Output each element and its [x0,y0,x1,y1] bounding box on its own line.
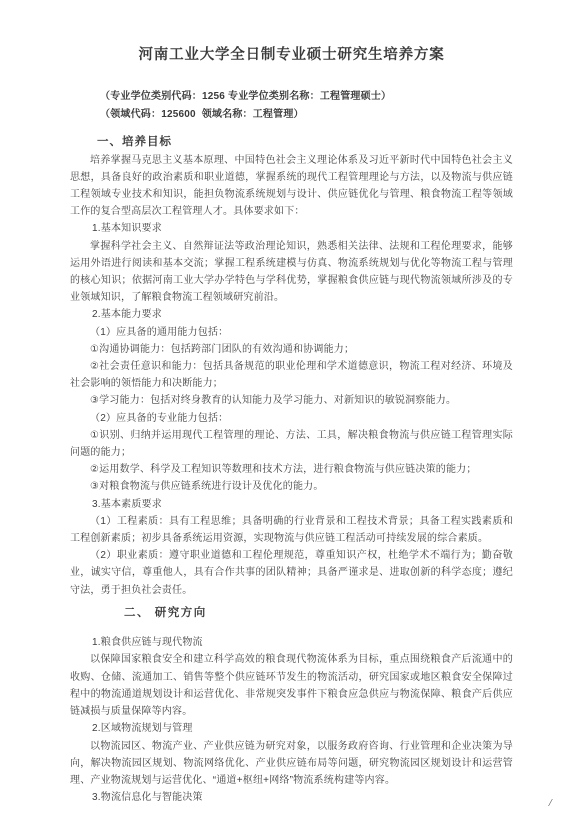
list-item-apply-management-theory: ①识别、归纳并运用现代工程管理的理论、方法、工具，解决粮食物流与供应链工程管理实… [70,427,513,461]
document-page: 河南工业大学全日制专业硕士研究生培养方案 （专业学位类别代码：1256 专业学位… [0,0,583,826]
paragraph-basic-knowledge: 掌握科学社会主义、自然辩证法等政治理论知识，熟悉相关法律、法规和工程伦理要求，能… [70,238,513,307]
page-number-marker: / [549,795,552,812]
list-item-system-design-optimization: ③对粮食物流与供应链系统进行设计及优化的能力。 [70,478,513,495]
meta-line-degree-category: （专业学位类别代码：1256 专业学位类别名称：工程管理硕士） [100,88,513,106]
sub-heading-basic-knowledge: 1.基本知识要求 [70,220,513,237]
sub-heading-basic-quality: 3.基本素质要求 [70,496,513,513]
list-item-communication: ①沟通协调能力：包括跨部门团队的有效沟通和协调能力； [70,341,513,358]
sub-heading-regional-logistics: 2.区域物流规划与管理 [70,720,513,737]
list-item-general-ability-intro: （1）应具备的通用能力包括： [70,324,513,341]
list-item-social-responsibility: ②社会责任意识和能力：包括具备规范的职业伦理和学术道德意识，物流工程对经济、环境… [70,358,513,392]
sub-heading-grain-supply-chain: 1.粮食供应链与现代物流 [70,634,513,651]
section-heading-research-directions: 二、 研究方向 [70,605,513,622]
paragraph-engineering-quality: （1）工程素质：具有工程思维；具备明确的行业背景和工程技术背景；具备工程实践素质… [70,513,513,547]
paragraph-objectives-intro: 培养掌握马克思主义基本原理、中国特色社会主义理论体系及习近平新时代中国特色社会主… [70,152,513,221]
list-item-math-science-methods: ②运用数学、科学及工程知识等数理和技术方法，进行粮食物流与供应链决策的能力； [70,461,513,478]
paragraph-grain-supply-chain: 以保障国家粮食安全和建立科学高效的粮食现代物流体系为目标，重点围绕粮食产后流通中… [70,651,513,720]
paragraph-professional-quality: （2）职业素质：遵守职业道德和工程伦理规范，尊重知识产权，杜绝学术不端行为；勤奋… [70,547,513,599]
sub-heading-basic-ability: 2.基本能力要求 [70,306,513,323]
list-item-learning-ability: ③学习能力：包括对终身教育的认知能力及学习能力、对新知识的敏锐洞察能力。 [70,392,513,409]
sub-heading-logistics-informatization: 3.物流信息化与智能决策 [70,789,513,806]
meta-line-field-code: （领域代码：125600 领域名称：工程管理） [100,106,513,124]
list-item-professional-ability-intro: （2）应具备的专业能力包括： [70,410,513,427]
doc-title: 河南工业大学全日制专业硕士研究生培养方案 [70,46,513,64]
section-heading-training-objectives: 一、培养目标 [70,134,513,151]
paragraph-regional-logistics: 以物流园区、物流产业、产业供应链为研究对象，以服务政府咨询、行业管理和企业决策为… [70,738,513,790]
